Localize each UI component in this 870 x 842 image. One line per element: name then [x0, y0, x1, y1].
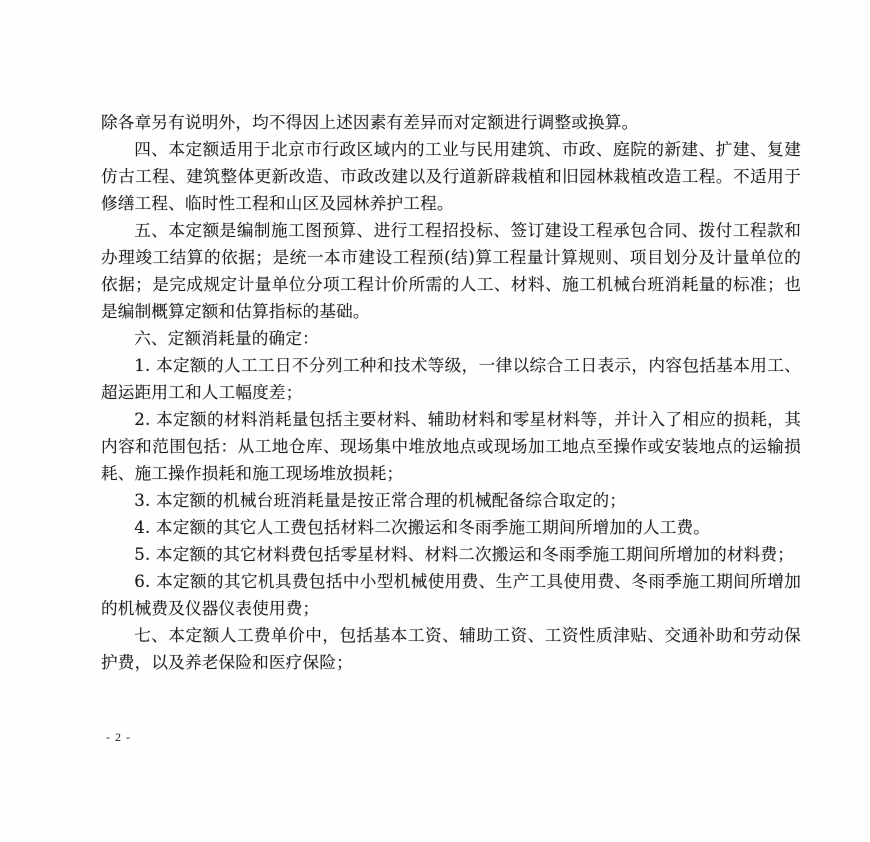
paragraph-continuation: 除各章另有说明外，均不得因上述因素有差异而对定额进行调整或换算。 — [101, 109, 801, 136]
paragraph-section-4: 四、本定额适用于北京市行政区域内的工业与民用建筑、市政、庭院的新建、扩建、复建仿… — [101, 136, 801, 217]
page-number: - 2 - — [106, 730, 131, 745]
paragraph-item-3: 3. 本定额的机械台班消耗量是按正常合理的机械配备综合取定的； — [101, 487, 801, 514]
paragraph-item-1: 1. 本定额的人工工日不分列工种和技术等级，一律以综合工日表示，内容包括基本用工… — [101, 352, 801, 406]
paragraph-section-6-heading: 六、定额消耗量的确定： — [101, 325, 801, 352]
paragraph-item-4: 4. 本定额的其它人工费包括材料二次搬运和冬雨季施工期间所增加的人工费。 — [101, 514, 801, 541]
document-body: 除各章另有说明外，均不得因上述因素有差异而对定额进行调整或换算。 四、本定额适用… — [101, 109, 801, 676]
document-page: 除各章另有说明外，均不得因上述因素有差异而对定额进行调整或换算。 四、本定额适用… — [0, 0, 870, 842]
paragraph-section-5: 五、本定额是编制施工图预算、进行工程招投标、签订建设工程承包合同、拨付工程款和办… — [101, 217, 801, 325]
paragraph-item-6: 6. 本定额的其它机具费包括中小型机械使用费、生产工具使用费、冬雨季施工期间所增… — [101, 568, 801, 622]
paragraph-item-5: 5. 本定额的其它材料费包括零星材料、材料二次搬运和冬雨季施工期间所增加的材料费… — [101, 541, 801, 568]
paragraph-section-7: 七、本定额人工费单价中，包括基本工资、辅助工资、工资性质津贴、交通补助和劳动保护… — [101, 622, 801, 676]
paragraph-item-2: 2. 本定额的材料消耗量包括主要材料、辅助材料和零星材料等，并计入了相应的损耗，… — [101, 406, 801, 487]
